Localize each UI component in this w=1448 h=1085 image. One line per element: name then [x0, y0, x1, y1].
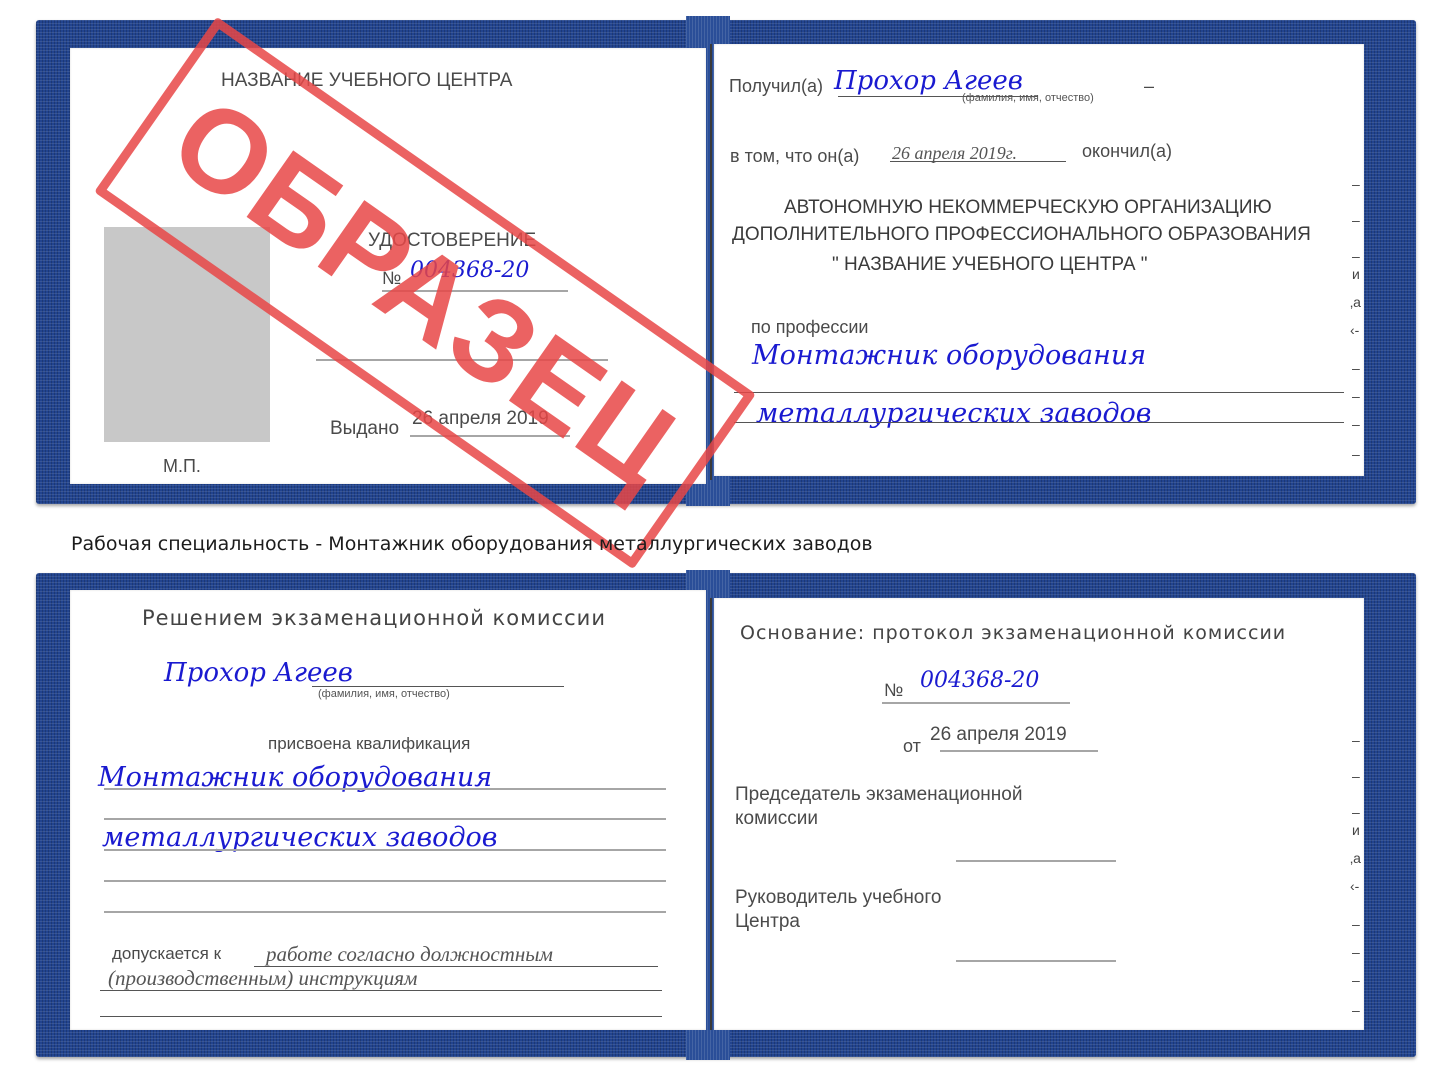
qualification-label: присвоена квалификация — [268, 734, 470, 754]
profession-line-2: металлургических заводов — [756, 398, 1152, 429]
protocol-date-label: от — [903, 736, 921, 757]
admitted-line-2: (производственным) инструкциям — [108, 966, 417, 991]
protocol-number-label: № — [884, 680, 903, 701]
qualification-underline-2 — [104, 818, 666, 820]
head-label-2: Центра — [735, 911, 800, 933]
head-label-1: Руководитель учебного — [735, 887, 941, 909]
recipient-dash: – — [1144, 76, 1154, 97]
completed-suffix: окончил(а) — [1082, 141, 1172, 162]
org-line-3: " НАЗВАНИЕ УЧЕБНОГО ЦЕНТРА " — [832, 254, 1148, 276]
qualification-underline-4 — [104, 880, 666, 882]
profession-underline-1 — [734, 392, 1344, 393]
completed-prefix: в том, что он(а) — [730, 146, 859, 167]
chairman-signature-line — [956, 860, 1116, 862]
chairman-label-2: комиссии — [735, 808, 818, 830]
recipient-name-bottom: Прохор Агеев — [164, 658, 353, 688]
qualification-underline-1 — [104, 788, 666, 790]
recipient-underline-bottom — [312, 686, 564, 687]
issued-label: Выдано — [330, 418, 399, 440]
stamp-place: М.П. — [163, 456, 201, 477]
received-label: Получил(а) — [729, 76, 823, 97]
protocol-date: 26 апреля 2019 — [930, 724, 1067, 746]
name-hint-bottom: (фамилия, имя, отчество) — [318, 688, 450, 700]
specialty-caption: Рабочая специальность - Монтажник оборуд… — [71, 533, 873, 555]
qualification-underline-5 — [104, 911, 666, 913]
profession-line-1: Монтажник оборудования — [752, 340, 1146, 371]
org-line-2: ДОПОЛНИТЕЛЬНОГО ПРОФЕССИОНАЛЬНОГО ОБРАЗО… — [732, 224, 1311, 246]
admitted-label: допускается к — [112, 944, 221, 964]
bottom-fold — [710, 598, 712, 1030]
basis-text: Основание: протокол экзаменационной коми… — [740, 622, 1286, 644]
profession-label: по профессии — [751, 317, 868, 338]
protocol-number-underline — [882, 702, 1070, 704]
completed-underline — [890, 161, 1066, 162]
head-signature-line — [956, 960, 1116, 962]
profession-underline-2 — [734, 422, 1344, 423]
chairman-label-1: Председатель экзаменационной — [735, 784, 1022, 806]
admitted-underline-3 — [100, 1016, 662, 1017]
qualification-underline-3 — [104, 849, 666, 851]
admitted-line-1: работе согласно должностным — [266, 942, 553, 967]
name-hint: (фамилия, имя, отчество) — [962, 92, 1094, 104]
org-line-1: АВТОНОМНУЮ НЕКОММЕРЧЕСКУЮ ОРГАНИЗАЦИЮ — [784, 197, 1272, 219]
admitted-underline-2 — [100, 990, 662, 991]
commission-heading: Решением экзаменационной комиссии — [142, 606, 606, 630]
protocol-date-underline — [940, 750, 1098, 752]
protocol-number: 004368-20 — [920, 668, 1039, 693]
